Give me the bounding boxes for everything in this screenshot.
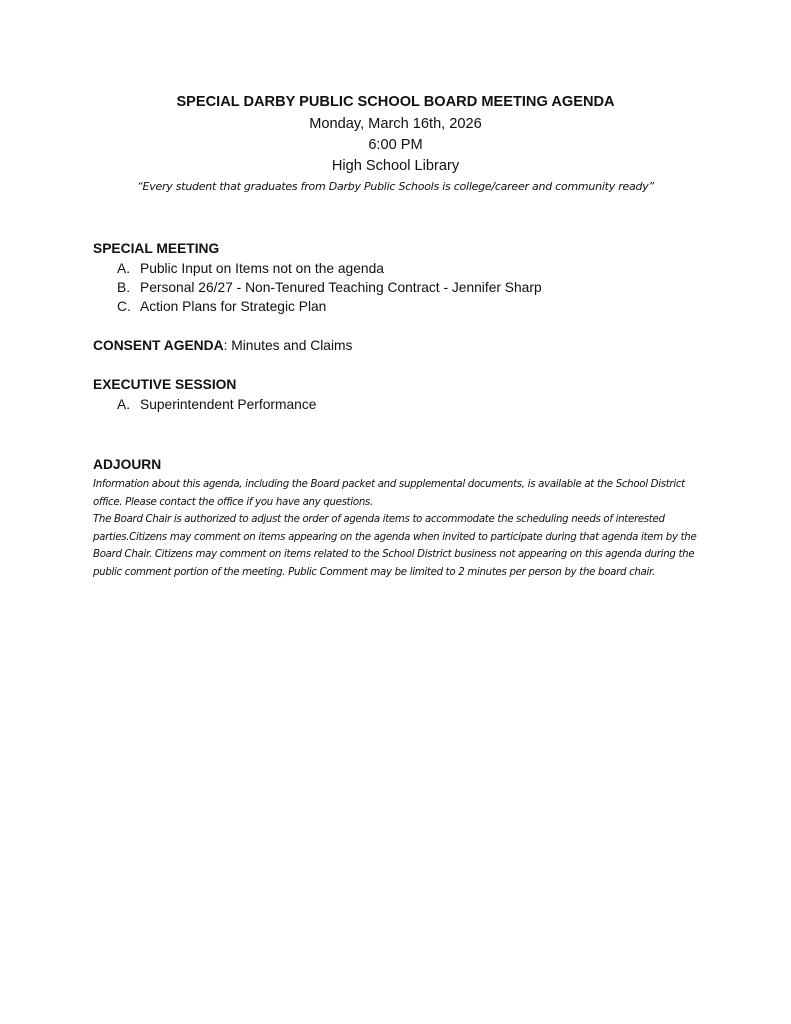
list-item-text: Action Plans for Strategic Plan	[140, 299, 326, 314]
meeting-time: 6:00 PM	[0, 136, 791, 154]
list-item: B.Personal 26/27 - Non-Tenured Teaching …	[117, 279, 542, 297]
list-item: A.Public Input on Items not on the agend…	[117, 260, 384, 278]
list-item: C.Action Plans for Strategic Plan	[117, 298, 326, 316]
consent-agenda-text: : Minutes and Claims	[224, 338, 353, 353]
special-meeting-heading: SPECIAL MEETING	[93, 240, 219, 258]
list-marker: B.	[117, 279, 140, 297]
list-marker: A.	[117, 260, 140, 278]
agenda-notes: Information about this agenda, including…	[93, 476, 703, 582]
meeting-location: High School Library	[0, 157, 791, 175]
agenda-title: SPECIAL DARBY PUBLIC SCHOOL BOARD MEETIN…	[0, 93, 791, 111]
executive-session-heading: EXECUTIVE SESSION	[93, 376, 236, 394]
list-item: A.Superintendent Performance	[117, 396, 316, 414]
adjourn-heading: ADJOURN	[93, 456, 161, 474]
list-marker: C.	[117, 298, 140, 316]
list-marker: A.	[117, 396, 140, 414]
district-motto: “Every student that graduates from Darby…	[0, 179, 791, 195]
public-comment-note: The Board Chair is authorized to adjust …	[93, 511, 703, 581]
consent-agenda-line: CONSENT AGENDA: Minutes and Claims	[93, 337, 352, 355]
meeting-date: Monday, March 16th, 2026	[0, 115, 791, 133]
agenda-page: SPECIAL DARBY PUBLIC SCHOOL BOARD MEETIN…	[0, 0, 791, 1024]
consent-agenda-heading: CONSENT AGENDA	[93, 338, 224, 353]
info-note: Information about this agenda, including…	[93, 476, 703, 511]
list-item-text: Personal 26/27 - Non-Tenured Teaching Co…	[140, 280, 542, 295]
list-item-text: Superintendent Performance	[140, 397, 316, 412]
list-item-text: Public Input on Items not on the agenda	[140, 261, 384, 276]
